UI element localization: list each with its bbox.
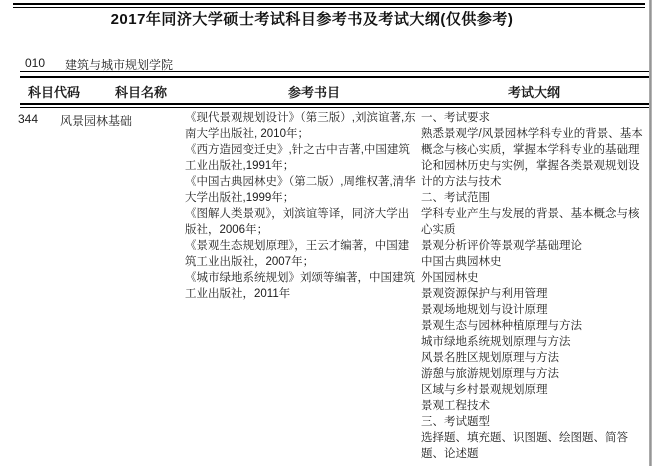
subject-code-value: 344 — [18, 112, 38, 126]
column-header-subject-name: 科目名称 — [115, 82, 167, 101]
college-name: 建筑与城市规划学院 — [65, 56, 173, 73]
table-header-top-divider-thick — [20, 76, 652, 78]
document-page: 2017年同济大学硕士考试科目参考书及考试大纲(仅供参考) 010 建筑与城市规… — [0, 0, 661, 466]
exam-outline-text: 一、考试要求 熟悉景观学/风景园林学科专业的背景、基本概念与核心实质，掌握本学科… — [421, 110, 650, 462]
reference-books-list: 《现代景观规划设计》（第三版）,刘滨谊著,东南大学出版社, 2010年； 《西方… — [185, 110, 416, 302]
column-header-reference-books: 参考书目 — [288, 82, 340, 101]
document-title: 2017年同济大学硕士考试科目参考书及考试大纲(仅供参考) — [0, 8, 624, 29]
column-header-subject-code: 科目代码 — [28, 82, 80, 101]
column-header-exam-outline: 考试大纲 — [508, 82, 560, 101]
table-header-bottom-divider-thin — [20, 107, 652, 108]
college-code: 010 — [25, 56, 45, 70]
subject-name-value: 风景园林基础 — [60, 112, 132, 129]
table-header-bottom-divider-thick — [20, 103, 652, 105]
page-top-divider-thick — [13, 3, 645, 5]
